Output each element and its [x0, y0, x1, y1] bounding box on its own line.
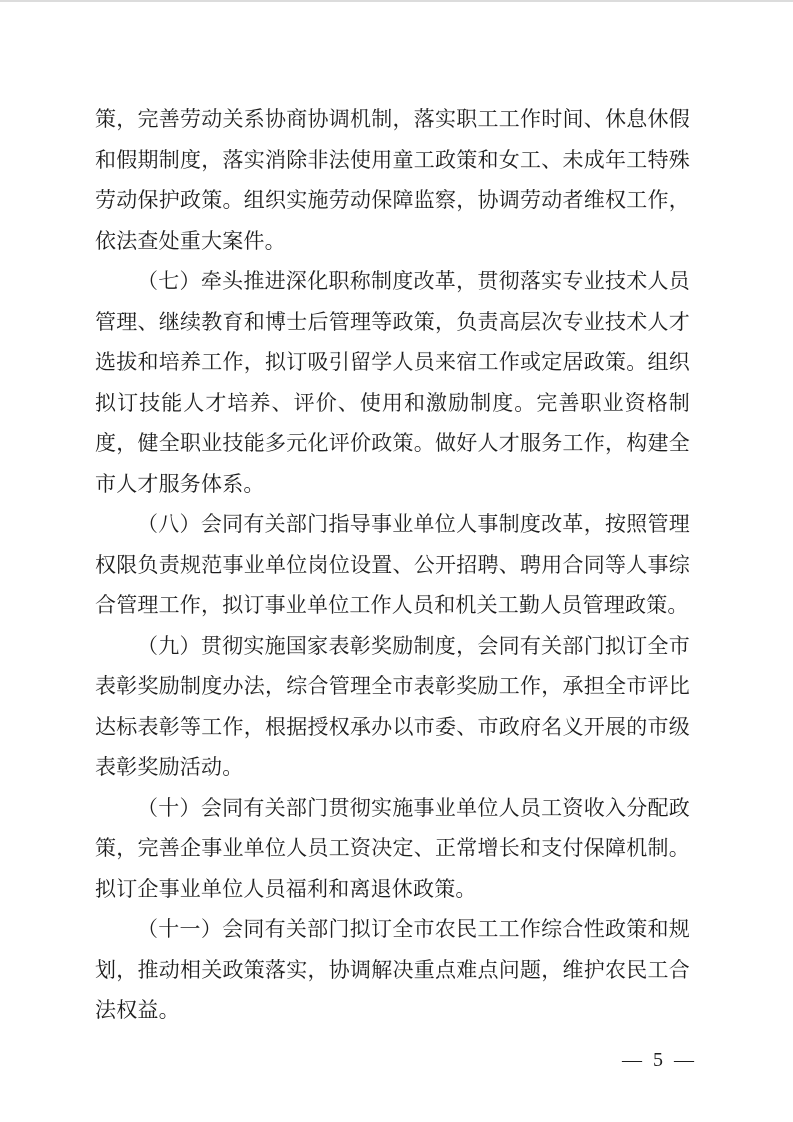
paragraph: （八）会同有关部门指导事业单位人事制度改革，按照管理权限负责规范事业单位岗位设置… — [95, 504, 690, 626]
document-page: 策，完善劳动关系协商协调机制，落实职工工作时间、休息休假和假期制度，落实消除非法… — [0, 0, 793, 1122]
document-body: 策，完善劳动关系协商协调机制，落实职工工作时间、休息休假和假期制度，落实消除非法… — [95, 99, 690, 1031]
paragraph: （七）牵头推进深化职称制度改革，贯彻落实专业技术人员管理、继续教育和博士后管理等… — [95, 261, 690, 504]
paragraph: （九）贯彻实施国家表彰奖励制度，会同有关部门拟订全市表彰奖励制度办法，综合管理全… — [95, 626, 690, 788]
scan-edge-artifact — [0, 0, 793, 2]
paragraph: （十）会同有关部门贯彻实施事业单位人员工资收入分配政策，完善企事业单位人员工资决… — [95, 788, 690, 910]
page-number: — 5 — — [622, 1046, 697, 1074]
paragraph: 策，完善劳动关系协商协调机制，落实职工工作时间、休息休假和假期制度，落实消除非法… — [95, 99, 690, 261]
paragraph: （十一）会同有关部门拟订全市农民工工作综合性政策和规划，推动相关政策落实，协调解… — [95, 909, 690, 1031]
